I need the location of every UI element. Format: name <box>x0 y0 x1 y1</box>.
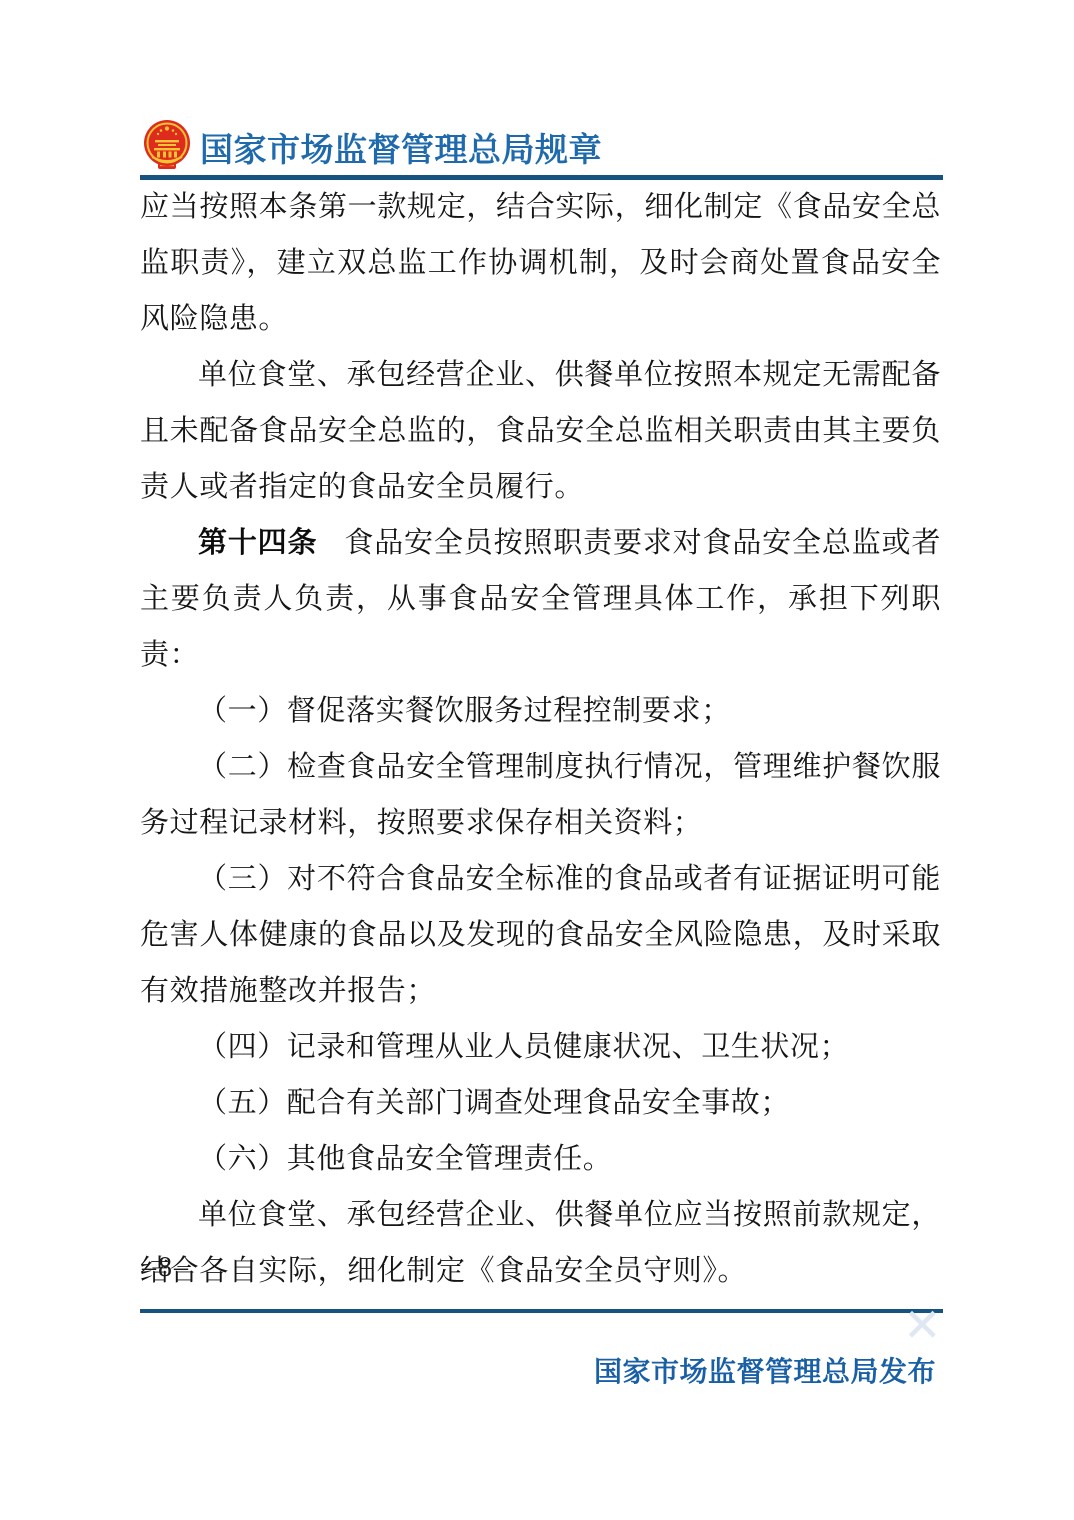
paragraph: 单位食堂、承包经营企业、供餐单位按照本规定无需配备且未配备食品安全总监的，食品安… <box>140 347 941 515</box>
footer-divider <box>140 1309 943 1313</box>
paragraph: （一）督促落实餐饮服务过程控制要求； <box>140 683 941 739</box>
paragraph-text: （六）其他食品安全管理责任。 <box>198 1143 612 1175</box>
paragraph: 应当按照本条第一款规定，结合实际，细化制定《食品安全总监职责》，建立双总监工作协… <box>140 179 941 347</box>
paragraph-text: 单位食堂、承包经营企业、供餐单位按照本规定无需配备且未配备食品安全总监的，食品安… <box>140 359 941 503</box>
national-emblem-icon <box>142 119 192 171</box>
page-number: –8– <box>142 1248 190 1288</box>
paragraph: 第十四条食品安全员按照职责要求对食品安全总监或者主要负责人负责，从事食品安全管理… <box>140 515 941 683</box>
watermark-x-icon: ✕ <box>903 1302 942 1348</box>
page-title: 国家市场监督管理总局规章 <box>200 124 602 171</box>
footer-publisher: 国家市场监督管理总局发布 <box>594 1350 936 1390</box>
document-body: 应当按照本条第一款规定，结合实际，细化制定《食品安全总监职责》，建立双总监工作协… <box>140 179 941 1299</box>
paragraph-text: （四）记录和管理从业人员健康状况、卫生状况； <box>198 1031 849 1063</box>
paragraph: （三）对不符合食品安全标准的食品或者有证据证明可能危害人体健康的食品以及发现的食… <box>140 851 941 1019</box>
paragraph: （四）记录和管理从业人员健康状况、卫生状况； <box>140 1019 941 1075</box>
article-number: 第十四条 <box>198 527 317 559</box>
paragraph-text: （三）对不符合食品安全标准的食品或者有证据证明可能危害人体健康的食品以及发现的食… <box>140 863 941 1007</box>
paragraph-text: （二）检查食品安全管理制度执行情况，管理维护餐饮服务过程记录材料，按照要求保存相… <box>140 751 941 839</box>
document-page: 国家市场监督管理总局规章 应当按照本条第一款规定，结合实际，细化制定《食品安全总… <box>0 0 1074 1520</box>
paragraph-text: （一）督促落实餐饮服务过程控制要求； <box>198 695 731 727</box>
paragraph: （二）检查食品安全管理制度执行情况，管理维护餐饮服务过程记录材料，按照要求保存相… <box>140 739 941 851</box>
paragraph-text: （五）配合有关部门调查处理食品安全事故； <box>198 1087 790 1119</box>
paragraph: （五）配合有关部门调查处理食品安全事故； <box>140 1075 941 1131</box>
paragraph-text: 单位食堂、承包经营企业、供餐单位应当按照前款规定，结合各自实际，细化制定《食品安… <box>140 1199 941 1287</box>
paragraph: 单位食堂、承包经营企业、供餐单位应当按照前款规定，结合各自实际，细化制定《食品安… <box>140 1187 941 1299</box>
paragraph: （六）其他食品安全管理责任。 <box>140 1131 941 1187</box>
paragraph-text: 应当按照本条第一款规定，结合实际，细化制定《食品安全总监职责》，建立双总监工作协… <box>140 191 941 335</box>
